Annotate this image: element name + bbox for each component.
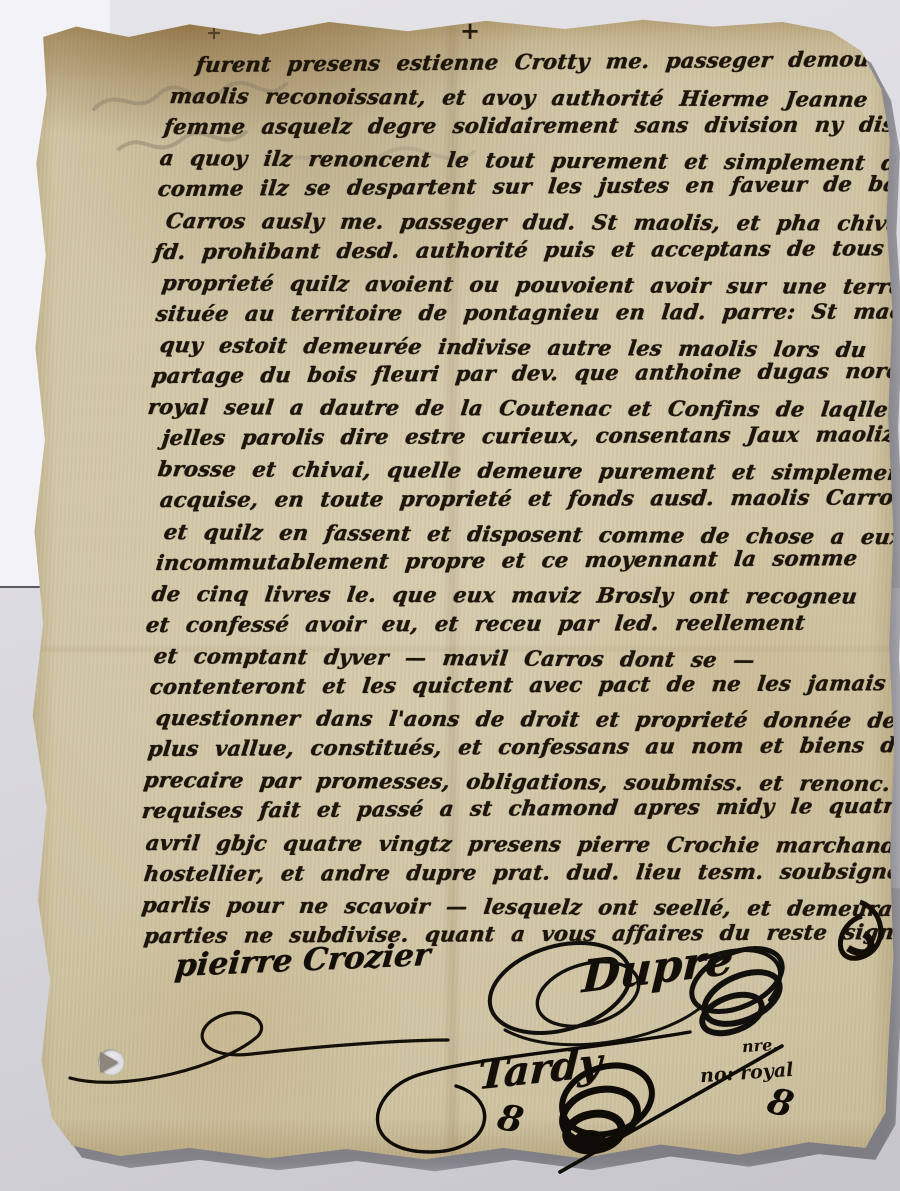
manuscript-line: requises fait et passé a st chamond apre… [141,793,900,824]
manuscript-line: maolis reconoissant, et avoy authorité H… [168,83,900,112]
manuscript-text-block: furent presens estienne Crotty me. passe… [160,52,900,982]
manuscript-line: acquise, en toute proprieté et fonds aus… [159,485,900,513]
manuscript-line: partage du bois fleuri par dev. que anth… [151,358,900,388]
manuscript-line: parlis pour ne scavoir — lesquelz ont se… [140,892,900,921]
paper-hole [94,1046,128,1078]
manuscript-line: et quilz en fassent et disposent comme d… [162,519,900,549]
manuscript-line: incommutablement propre et ce moyennant … [155,545,859,575]
manuscript-line: avril gbjc quatre vingtz presens pierre … [144,830,897,858]
manuscript-line: Carros ausly me. passeger dud. St maolis… [164,208,900,236]
manuscript-line: et comptant dyver — mavil Carros dont se… [152,643,756,672]
manuscript-line: brosse et chivai, quelle demeure puremen… [156,456,900,485]
photograph-of-manuscript: + + furent presens estienne Crotty me. p… [0,0,900,1191]
manuscript-line: quy estoit demeurée indivise autre les m… [158,332,868,362]
manuscript-line: hostellier, et andre dupre prat. dud. li… [143,858,900,886]
manuscript-line: et confessé avoir eu, et receu par led. … [145,609,807,636]
manuscript-line: comme ilz se despartent sur les justes e… [157,171,900,202]
manuscript-line: femme asquelz degre solidairement sans d… [163,111,900,139]
manuscript-line: royal seul a dautre de la Coutenac et Co… [146,394,897,422]
manuscript-paper: + + furent presens estienne Crotty me. p… [24,14,896,1164]
left-cross-mark: + [206,22,222,44]
manuscript-line: precaire par promesses, obligations, sou… [142,767,891,796]
top-cross-mark: + [460,16,480,45]
manuscript-line: située au territoire de pontagnieu en la… [155,298,900,326]
manuscript-line: fd. prohibant desd. authorité puis et ac… [153,234,900,264]
manuscript-line: jelles parolis dire estre curieux, conse… [161,421,897,450]
manuscript-line: questionner dans l'aons de droit et prop… [154,705,897,733]
manuscript-line: de cinq livres le. que eux maviz Brosly … [150,581,858,608]
manuscript-line: parties ne subdivise. quant a vous affai… [143,918,900,948]
manuscript-line: plus vallue, constitués, et confessans a… [147,732,898,761]
hole-paper-flap [100,1052,118,1072]
manuscript-line: contenteront et les quictent avec pact d… [149,670,888,699]
manuscript-line: proprieté quilz avoient ou pouvoient avo… [160,270,900,299]
notary-abbreviation-nre: nre. [741,1035,778,1056]
manuscript-line: furent presens estienne Crotty me. passe… [195,45,900,77]
